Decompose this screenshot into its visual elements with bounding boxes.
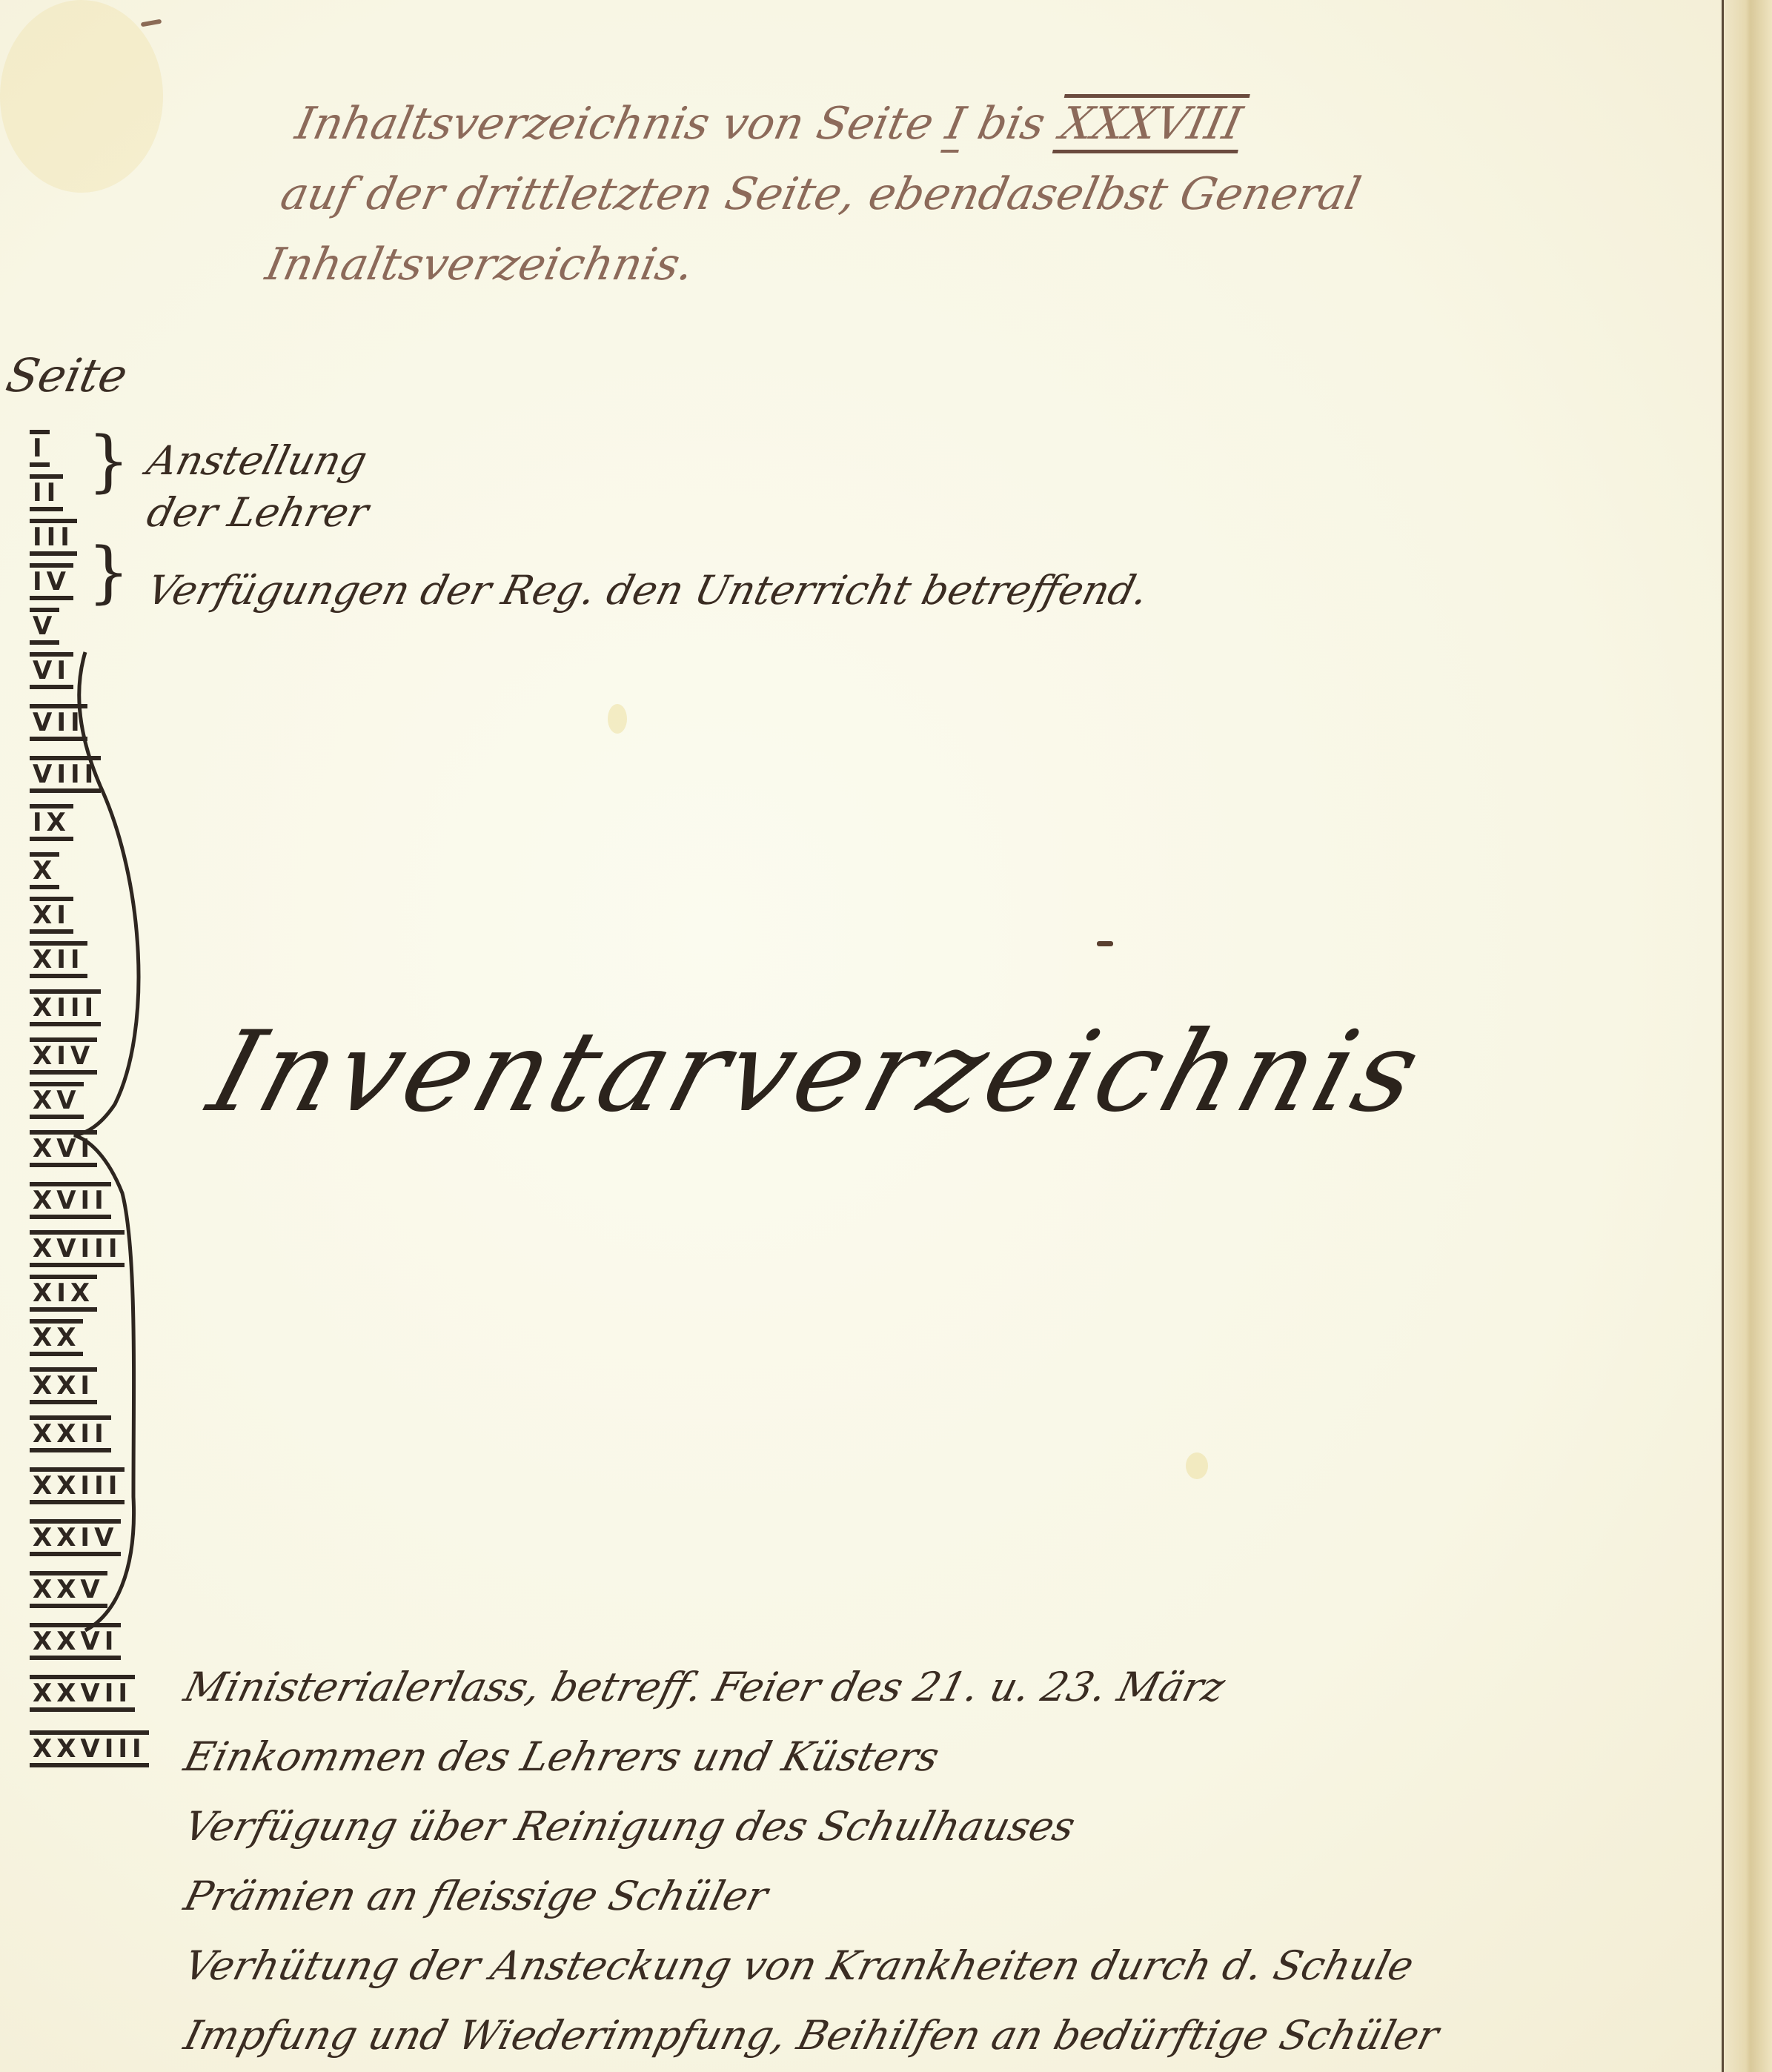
header-line-2: auf der drittletzten Seite, ebendaselbst…	[274, 159, 1697, 230]
entry-verfuegungen: Verfügungen der Reg. den Unterricht betr…	[142, 567, 1153, 614]
manuscript-page: Inhaltsverzeichnis von Seite I bis XXXVI…	[0, 0, 1772, 2072]
entry-einkommen: Einkommen des Lehrers und Küsters	[176, 1722, 1446, 1792]
paper-stain	[0, 0, 163, 193]
entry-ministerialerlass: Ministerialerlass, betreff. Feier des 21…	[176, 1653, 1446, 1722]
paper-stain	[1186, 1452, 1208, 1479]
roman-numeral: XXVII	[30, 1675, 135, 1712]
brace-pages-1-2: }	[87, 422, 130, 500]
roman-numeral: I	[30, 430, 50, 467]
brace-pages-3-4: }	[87, 534, 130, 611]
bottom-entry-list: Ministerialerlass, betreff. Feier des 21…	[185, 1653, 1438, 2071]
book-spine-binding	[1722, 0, 1772, 2072]
header-note: Inhaltsverzeichnis von Seite I bis XXXVI…	[259, 89, 1713, 300]
ink-mark	[141, 19, 162, 27]
entry-anstellung: Anstellung	[142, 437, 372, 484]
entry-der-lehrer: der Lehrer	[142, 489, 373, 536]
roman-numeral: IX	[30, 804, 73, 841]
large-brace-pages-5-22	[70, 645, 152, 1645]
roman-numeral: XI	[30, 897, 73, 934]
title-inventarverzeichnis: Inventarverzeichnis	[196, 1008, 1437, 1137]
paper-stain	[608, 704, 627, 734]
roman-numeral: III	[30, 519, 77, 556]
entry-verhuetung: Verhütung der Ansteckung von Krankheiten…	[176, 1931, 1446, 2001]
entry-praemien: Prämien an fleissige Schüler	[176, 1862, 1446, 1931]
header-line-3: Inhaltsverzeichnis.	[259, 230, 1682, 300]
entry-impfung: Impfung und Wiederimpfung, Beihilfen an …	[176, 2001, 1446, 2071]
roman-numeral: XXVIII	[30, 1730, 149, 1767]
header-line-1: Inhaltsverzeichnis von Seite I bis XXXVI…	[289, 89, 1712, 159]
column-label-seite: Seite	[1, 348, 132, 402]
roman-numeral: II	[30, 474, 63, 511]
ink-mark	[1097, 941, 1113, 946]
entry-reinigung: Verfügung über Reinigung des Schulhauses	[176, 1792, 1446, 1862]
roman-numeral: X	[30, 852, 59, 889]
roman-numeral: VI	[30, 652, 73, 689]
roman-numeral: IV	[30, 563, 73, 600]
roman-numeral: V	[30, 608, 59, 645]
